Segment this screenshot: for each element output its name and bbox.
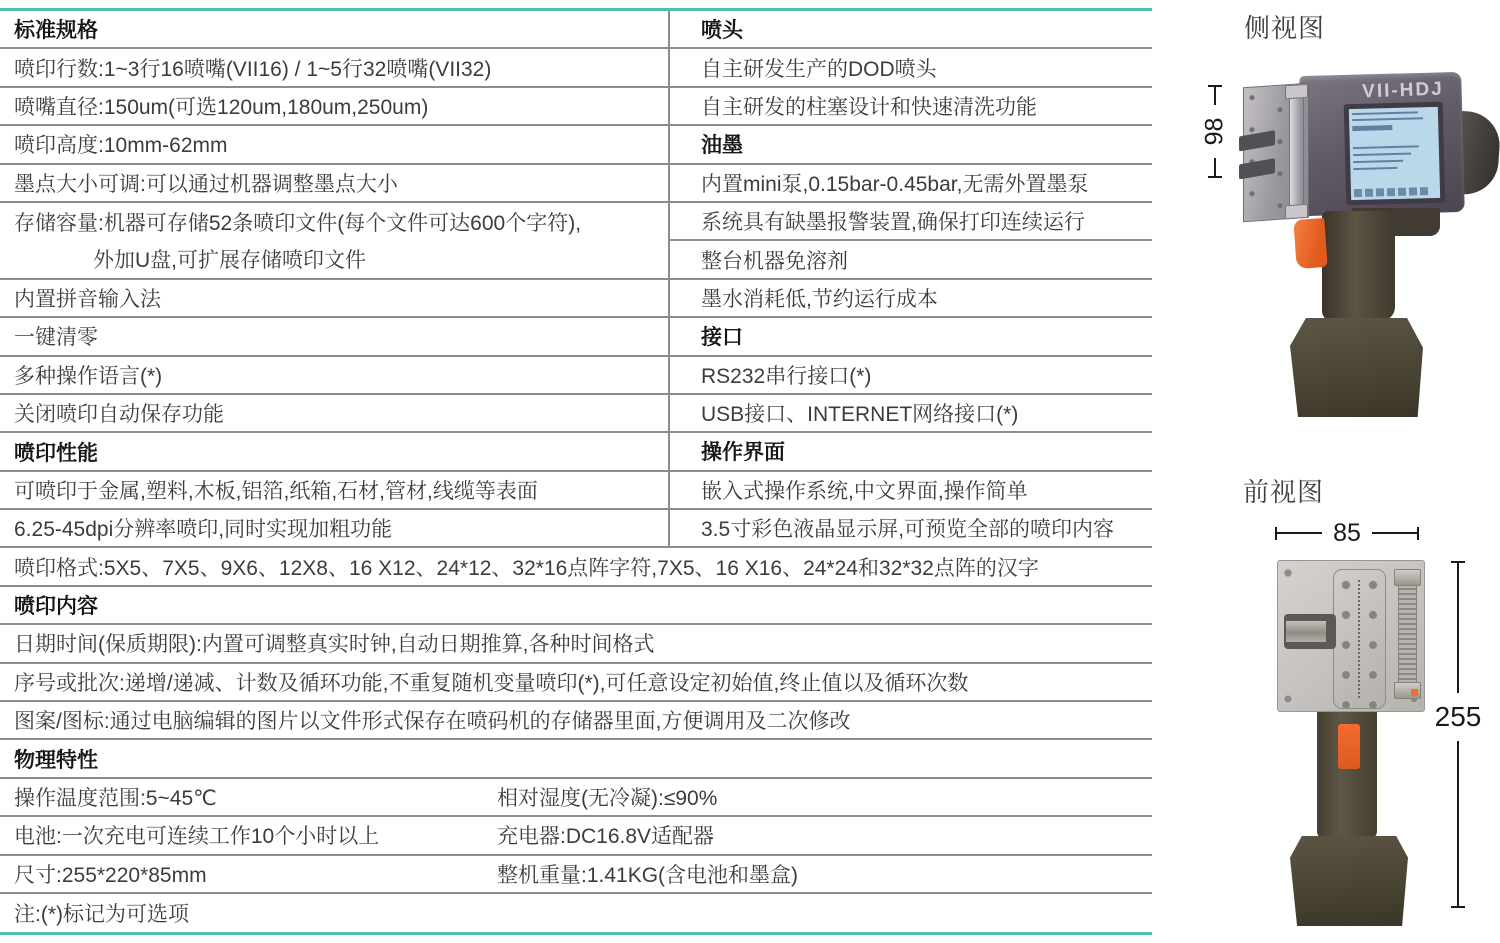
row-text: 喷印高度:10mm-62mm bbox=[14, 129, 228, 159]
row-text: 一键清零 bbox=[14, 321, 98, 351]
table-row: 喷印高度:10mm-62mm bbox=[0, 126, 668, 164]
table-row-note: 注:(*)标记为可选项 bbox=[0, 894, 1152, 932]
front-view-height-dimension: 255 bbox=[1437, 561, 1479, 926]
brand-logo-text: VII-HDJ bbox=[1344, 78, 1463, 104]
product-spec-sheet: 标准规格 喷印行数:1~3行16喷嘴(VII16) / 1~5行32喷嘴(VII… bbox=[0, 0, 1500, 943]
table-row: RS232串行接口(*) bbox=[670, 357, 1152, 395]
front-view-width-dimension: 85 bbox=[1275, 521, 1419, 545]
row-text: 注:(*)标记为可选项 bbox=[14, 898, 189, 928]
table-row: 自主研发生产的DOD喷头 bbox=[670, 49, 1152, 87]
table-row-temperature-humidity: 操作温度范围:5~45℃ 相对湿度(无冷凝):≤90% bbox=[0, 779, 1152, 817]
section-header-print-content: 喷印内容 bbox=[0, 587, 1152, 625]
section-header-label: 物理特性 bbox=[14, 744, 98, 774]
section-header-label: 标准规格 bbox=[14, 14, 98, 44]
battery-pack-front bbox=[1290, 836, 1408, 926]
dimension-line bbox=[1214, 158, 1216, 176]
roller-cylinder bbox=[1286, 621, 1326, 642]
table-row: 关闭喷印自动保存功能 bbox=[0, 395, 668, 433]
row-text: RS232串行接口(*) bbox=[701, 360, 871, 390]
table-row: 可喷印于金属,塑料,木板,铝箔,纸箱,石材,管材,线缆等表面 bbox=[0, 472, 668, 510]
table-row: 整台机器免溶剂 bbox=[670, 241, 1152, 279]
screen-text-line bbox=[1352, 111, 1418, 115]
row-text-line1: 存储容量:机器可存储52条喷印文件(每个文件可达600个字符), bbox=[14, 207, 581, 237]
front-view-title: 前视图 bbox=[1243, 472, 1324, 509]
row-text: 喷印行数:1~3行16喷嘴(VII16) / 1~5行32喷嘴(VII32) bbox=[14, 53, 491, 83]
section-header-printhead: 喷头 bbox=[670, 11, 1152, 49]
row-text: 6.25-45dpi分辨率喷印,同时实现加粗功能 bbox=[14, 513, 392, 543]
dimension-line bbox=[1277, 532, 1322, 534]
dimension-tick bbox=[1451, 906, 1465, 908]
table-row: 自主研发的柱塞设计和快速清洗功能 bbox=[670, 88, 1152, 126]
trigger-button-front bbox=[1338, 724, 1360, 769]
screen-icon-row bbox=[1354, 187, 1428, 197]
section-header-label: 操作界面 bbox=[701, 436, 785, 466]
screen-text-line bbox=[1353, 153, 1411, 157]
nozzle-holes bbox=[1358, 580, 1360, 698]
table-row: 一键清零 bbox=[0, 318, 668, 356]
spec-table-right-column: 喷头 自主研发生产的DOD喷头 自主研发的柱塞设计和快速清洗功能 油墨 内置mi… bbox=[668, 11, 1152, 548]
table-row: 6.25-45dpi分辨率喷印,同时实现加粗功能 bbox=[0, 510, 668, 548]
printer-front-plate bbox=[1277, 560, 1425, 712]
row-text: 系统具有缺墨报警装置,确保打印连续运行 bbox=[701, 206, 1085, 236]
row-text: 可喷印于金属,塑料,木板,铝箔,纸箱,石材,管材,线缆等表面 bbox=[14, 475, 538, 505]
side-ruler-strip bbox=[1398, 574, 1417, 699]
table-row-storage: 存储容量:机器可存储52条喷印文件(每个文件可达600个字符), 外加U盘,可扩… bbox=[0, 203, 668, 280]
row-text: 图案/图标:通过电脑编辑的图片以文件形式保存在喷码机的存储器里面,方便调用及二次… bbox=[14, 705, 851, 735]
section-header-physical: 物理特性 bbox=[0, 740, 1152, 778]
row-text: 内置mini泵,0.15bar-0.45bar,无需外置墨泵 bbox=[701, 168, 1088, 198]
table-row-battery-charger: 电池:一次充电可连续工作10个小时以上 充电器:DC16.8V适配器 bbox=[0, 817, 1152, 855]
row-text: 3.5寸彩色液晶显示屏,可预览全部的喷印内容 bbox=[701, 513, 1114, 543]
plate-clip bbox=[1239, 130, 1275, 151]
row-text: USB接口、INTERNET网络接口(*) bbox=[701, 398, 1018, 428]
screen-text-line bbox=[1353, 145, 1419, 149]
dimension-value: 85 bbox=[1322, 519, 1372, 548]
ruler-knob-top bbox=[1394, 569, 1421, 586]
section-header-interface: 接口 bbox=[670, 318, 1152, 356]
section-header-label: 喷头 bbox=[701, 14, 743, 44]
section-header-standard-spec: 标准规格 bbox=[0, 11, 668, 49]
row-text: 墨点大小可调:可以通过机器调整墨点大小 bbox=[14, 168, 398, 198]
section-header-label: 喷印性能 bbox=[14, 437, 98, 467]
row-text: 自主研发的柱塞设计和快速清洗功能 bbox=[701, 91, 1037, 121]
section-header-label: 接口 bbox=[701, 321, 743, 351]
row-text-left: 电池:一次充电可连续工作10个小时以上 bbox=[14, 820, 379, 850]
battery-pack-side bbox=[1290, 318, 1423, 417]
spec-table-left-column: 标准规格 喷印行数:1~3行16喷嘴(VII16) / 1~5行32喷嘴(VII… bbox=[0, 11, 668, 548]
spec-table: 标准规格 喷印行数:1~3行16喷嘴(VII16) / 1~5行32喷嘴(VII… bbox=[0, 8, 1152, 935]
ruler-orange-mark bbox=[1411, 689, 1418, 696]
table-row: 嵌入式操作系统,中文界面,操作简单 bbox=[670, 472, 1152, 510]
row-text-right: 相对湿度(无冷凝):≤90% bbox=[497, 782, 717, 812]
side-view-height-dimension: 98 bbox=[1202, 85, 1228, 209]
screen-text-line bbox=[1353, 160, 1403, 163]
row-text: 喷嘴直径:150um(可选120um,180um,250um) bbox=[14, 91, 428, 121]
row-text: 内置拼音输入法 bbox=[14, 283, 161, 313]
dimension-value: 98 bbox=[1189, 118, 1242, 146]
row-text: 自主研发生产的DOD喷头 bbox=[701, 53, 937, 83]
plate-rail bbox=[1289, 88, 1304, 215]
side-view-title: 侧视图 bbox=[1244, 8, 1325, 45]
screen-text-line bbox=[1352, 125, 1392, 131]
printer-side-plate bbox=[1243, 83, 1309, 223]
dimension-line bbox=[1214, 87, 1216, 105]
table-row: 序号或批次:递增/递减、计数及循环功能,不重复随机变量喷印(*),可任意设定初始… bbox=[0, 664, 1152, 702]
rail-cap-top bbox=[1285, 84, 1308, 100]
dimension-value: 255 bbox=[1435, 693, 1482, 741]
plate-clip bbox=[1239, 158, 1275, 179]
table-row-size-weight: 尺寸:255*220*85mm 整机重量:1.41KG(含电池和墨盒) bbox=[0, 856, 1152, 894]
table-row: 墨点大小可调:可以通过机器调整墨点大小 bbox=[0, 165, 668, 203]
dimension-line bbox=[1372, 532, 1417, 534]
table-row-print-format: 喷印格式:5X5、7X5、9X6、12X8、16 X12、24*12、32*16… bbox=[0, 548, 1152, 586]
row-text: 多种操作语言(*) bbox=[14, 360, 162, 390]
table-row: 内置mini泵,0.15bar-0.45bar,无需外置墨泵 bbox=[670, 165, 1152, 203]
nozzle-strip bbox=[1333, 569, 1386, 709]
row-text: 喷印格式:5X5、7X5、9X6、12X8、16 X12、24*12、32*16… bbox=[14, 552, 1039, 582]
table-row: 图案/图标:通过电脑编辑的图片以文件形式保存在喷码机的存储器里面,方便调用及二次… bbox=[0, 702, 1152, 740]
trigger-button-side bbox=[1293, 218, 1327, 269]
row-text: 嵌入式操作系统,中文界面,操作简单 bbox=[701, 475, 1028, 505]
dimension-line bbox=[1457, 563, 1459, 693]
dimension-line bbox=[1457, 741, 1459, 906]
table-row: 日期时间(保质期限):内置可调整真实时钟,自动日期推算,各种时间格式 bbox=[0, 625, 1152, 663]
table-row: 多种操作语言(*) bbox=[0, 357, 668, 395]
section-header-label: 油墨 bbox=[701, 129, 743, 159]
table-row: 3.5寸彩色液晶显示屏,可预览全部的喷印内容 bbox=[670, 510, 1152, 548]
row-text-right: 充电器:DC16.8V适配器 bbox=[497, 820, 714, 850]
table-row: 内置拼音输入法 bbox=[0, 280, 668, 318]
section-header-print-performance: 喷印性能 bbox=[0, 433, 668, 471]
row-text: 关闭喷印自动保存功能 bbox=[14, 398, 224, 428]
row-text-left: 尺寸:255*220*85mm bbox=[14, 859, 207, 889]
row-text: 整台机器免溶剂 bbox=[701, 245, 848, 275]
row-text-right: 整机重量:1.41KG(含电池和墨盒) bbox=[497, 859, 798, 889]
rail-cap-bottom bbox=[1285, 204, 1308, 220]
table-row: 喷印行数:1~3行16喷嘴(VII16) / 1~5行32喷嘴(VII32) bbox=[0, 49, 668, 87]
table-row: USB接口、INTERNET网络接口(*) bbox=[670, 395, 1152, 433]
lcd-screen bbox=[1344, 102, 1446, 206]
row-text: 墨水消耗低,节约运行成本 bbox=[701, 283, 938, 313]
guide-roller bbox=[1284, 614, 1336, 649]
table-row: 墨水消耗低,节约运行成本 bbox=[670, 280, 1152, 318]
table-row: 喷嘴直径:150um(可选120um,180um,250um) bbox=[0, 88, 668, 126]
row-text-line2: 外加U盘,可扩展存储喷印文件 bbox=[14, 244, 366, 274]
dimension-tick bbox=[1208, 176, 1222, 178]
section-header-ui: 操作界面 bbox=[670, 433, 1152, 471]
screen-text-line bbox=[1352, 117, 1423, 121]
printer-handle-side bbox=[1322, 211, 1395, 321]
section-header-ink: 油墨 bbox=[670, 126, 1152, 164]
dimension-tick bbox=[1417, 527, 1419, 540]
row-text: 日期时间(保质期限):内置可调整真实时钟,自动日期推算,各种时间格式 bbox=[14, 628, 655, 658]
spec-table-top-section: 标准规格 喷印行数:1~3行16喷嘴(VII16) / 1~5行32喷嘴(VII… bbox=[0, 11, 1152, 548]
row-text-left: 操作温度范围:5~45℃ bbox=[14, 782, 217, 812]
screen-text-line bbox=[1353, 167, 1397, 170]
row-text: 序号或批次:递增/递减、计数及循环功能,不重复随机变量喷印(*),可任意设定初始… bbox=[14, 667, 968, 697]
table-row: 系统具有缺墨报警装置,确保打印连续运行 bbox=[670, 203, 1152, 241]
section-header-label: 喷印内容 bbox=[14, 590, 98, 620]
